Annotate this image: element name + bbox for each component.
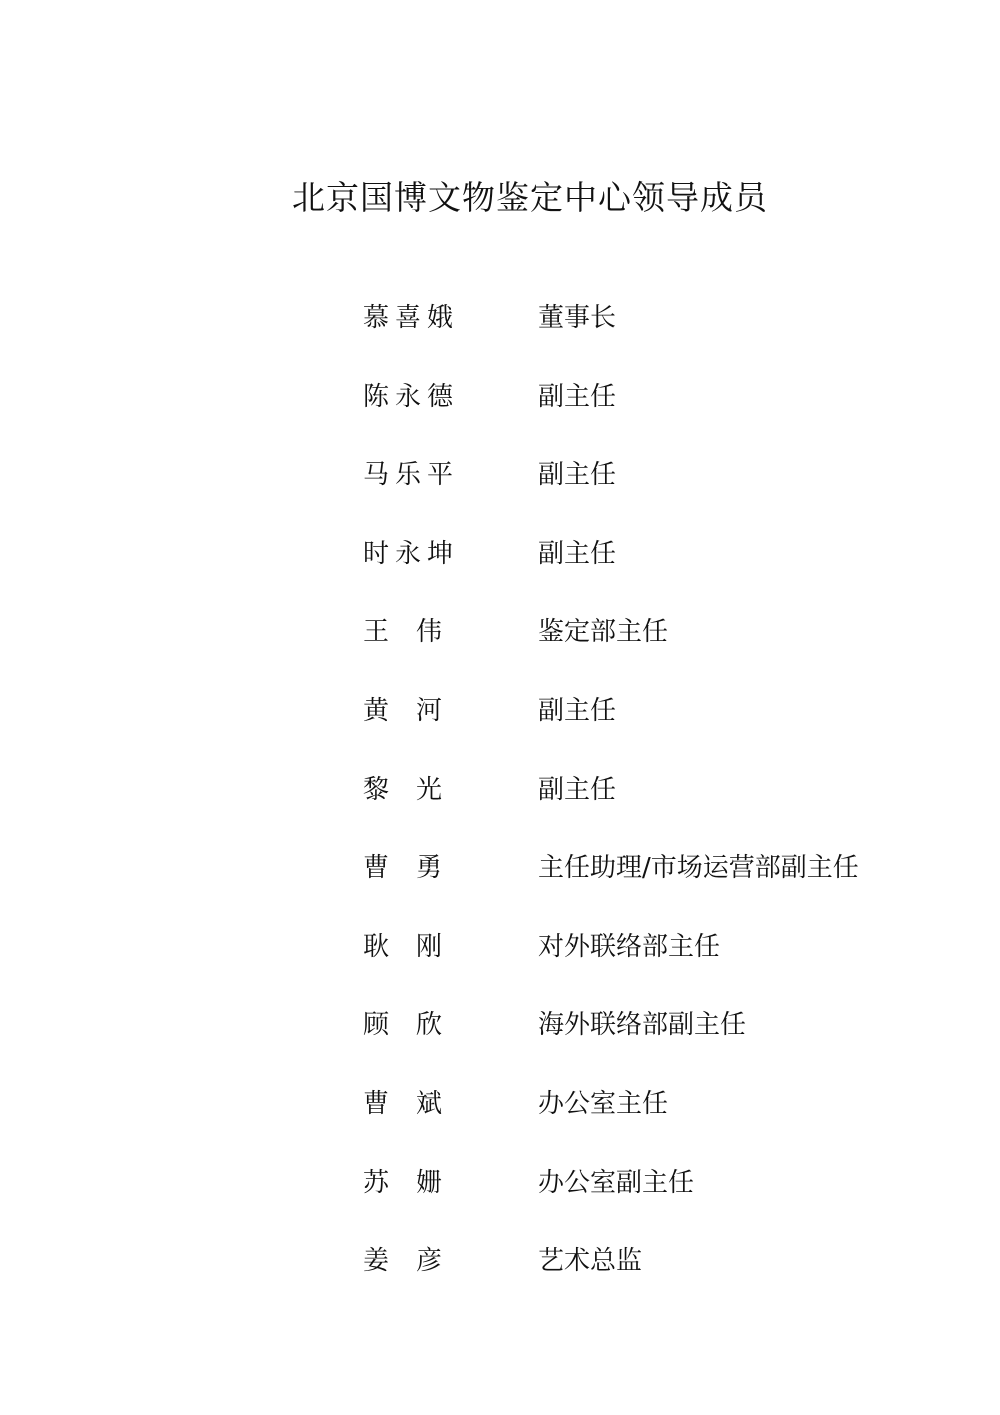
member-role: 艺术总监: [538, 1241, 642, 1281]
member-role: 副主任: [538, 534, 616, 574]
member-row: 姜彦 艺术总监: [363, 1241, 963, 1320]
member-name: 马乐平: [363, 455, 453, 495]
member-row: 苏姗 办公室副主任: [363, 1163, 963, 1242]
member-row: 陈永德 副主任: [363, 377, 963, 456]
member-role: 办公室主任: [538, 1084, 668, 1124]
member-row: 马乐平 副主任: [363, 455, 963, 534]
member-row: 曹勇 主任助理/市场运营部副主任: [363, 848, 963, 927]
member-role: 副主任: [538, 455, 616, 495]
member-role: 副主任: [538, 770, 616, 810]
member-row: 王伟 鉴定部主任: [363, 612, 963, 691]
member-row: 时永坤 副主任: [363, 534, 963, 613]
member-role: 办公室副主任: [538, 1163, 694, 1203]
member-role: 副主任: [538, 377, 616, 417]
member-name: 陈永德: [363, 377, 453, 417]
member-role: 董事长: [538, 298, 616, 338]
member-role: 海外联络部副主任: [538, 1005, 746, 1045]
member-role: 副主任: [538, 691, 616, 731]
member-name: 慕喜娥: [363, 298, 453, 338]
member-row: 慕喜娥 董事长: [363, 298, 963, 377]
member-name: 时永坤: [363, 534, 453, 574]
member-row: 黎光 副主任: [363, 770, 963, 849]
member-row: 曹斌 办公室主任: [363, 1084, 963, 1163]
member-role: 主任助理/市场运营部副主任: [538, 848, 859, 888]
member-row: 黄河 副主任: [363, 691, 963, 770]
page-title: 北京国博文物鉴定中心领导成员: [0, 176, 1000, 220]
member-role: 对外联络部主任: [538, 927, 720, 967]
member-row: 顾欣 海外联络部副主任: [363, 1005, 963, 1084]
member-row: 耿刚 对外联络部主任: [363, 927, 963, 1006]
member-list: 慕喜娥 董事长 陈永德 副主任 马乐平 副主任 时永坤 副主任 王伟 鉴定部主任…: [363, 298, 963, 1320]
member-role: 鉴定部主任: [538, 612, 668, 652]
